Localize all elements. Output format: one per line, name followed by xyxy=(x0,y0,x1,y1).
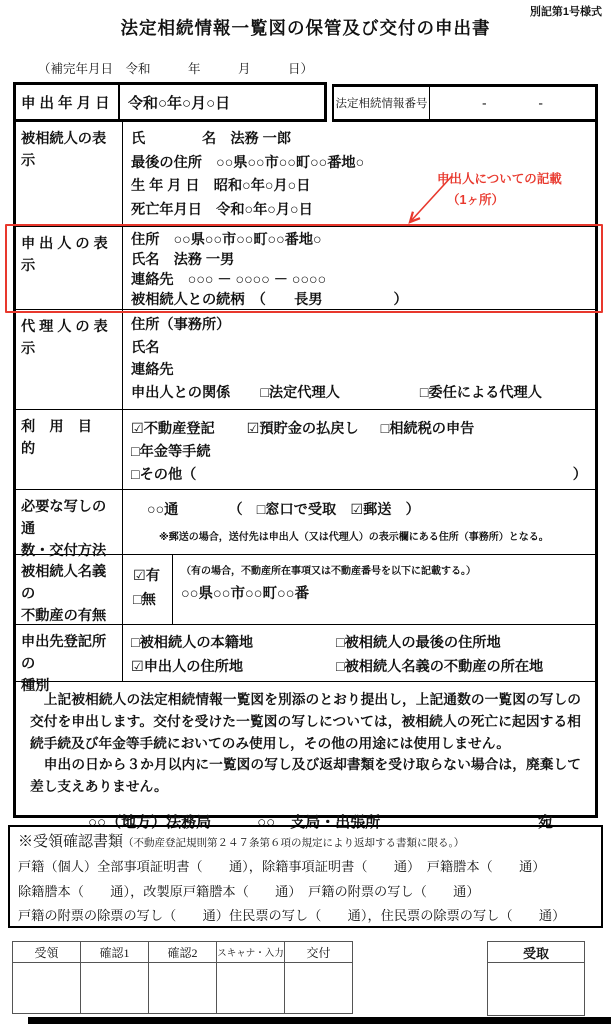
receipt-documents-line3: 戸籍の附票の除票の写し（ 通）住民票の写し（ 通），住民票の除票の写し（ 通） xyxy=(18,904,593,929)
number-dash-right: - xyxy=(539,95,543,111)
other-checkbox: □その他（ xyxy=(131,464,196,487)
stamp-header-receipt: 受領 xyxy=(13,942,81,963)
realestate-existence-checkboxes: ☑有 □無 xyxy=(123,555,173,624)
registry-office-option-grid: □被相続人の本籍地 □被相続人の最後の住所地 ☑申出人の住所地 □被相続人名義の… xyxy=(131,631,595,679)
agent-name-line: 氏名 xyxy=(131,337,595,360)
realestate-location: （有の場合，不動産所在事項又は不動産番号を以下に記載する。） ○○県○○市○○町… xyxy=(173,555,595,624)
declaration-paragraph-2: 申出の日から３か月以内に一覧図の写し及び返却書類を受け取らない場合は，廃棄して差… xyxy=(30,754,581,798)
copies-label: 必要な写しの通 数・交付方法 xyxy=(16,490,123,554)
stamp-cell xyxy=(13,963,81,1014)
decedent-death-line: 死亡年月日 令和○年○月○日 xyxy=(131,199,595,223)
stamp-header-scanner-input: スキャナ・入力 xyxy=(217,942,285,963)
applicant-relation-line: 被相続人との続柄 （ 長男 ） xyxy=(131,290,595,310)
applicant-row: 申 出 人 の 表 示 住所 ○○県○○市○○町○○番地○ 氏名 法務 一男 連… xyxy=(16,227,595,310)
copies-count-line: ○○通 （ □窓口で受取 ☑郵送 ） xyxy=(131,490,595,519)
office-stamp-table: 受領 確認1 確認2 スキャナ・入力 交付 xyxy=(12,941,353,1014)
applicant-details: 住所 ○○県○○市○○町○○番地○ 氏名 法務 一男 連絡先 ○○○ － ○○○… xyxy=(123,227,595,309)
agent-label: 代 理 人 の 表 示 xyxy=(16,310,123,409)
realestate-note: （有の場合，不動産所在事項又は不動産番号を以下に記載する。） xyxy=(181,555,595,577)
applicant-label: 申 出 人 の 表 示 xyxy=(16,227,123,309)
stamp-body-row xyxy=(13,963,353,1014)
receive-stamp-box: 受取 xyxy=(487,941,585,1016)
stamp-header-check1: 確認1 xyxy=(81,942,149,963)
applicant-address-checkbox: ☑申出人の住所地 xyxy=(131,655,336,679)
declaration-paragraph-1: 上記被相続人の法定相続情報一覧図を別添のとおり提出し，上記通数の一覧図の写しの交… xyxy=(30,689,581,754)
agent-address-line: 住所（事務所） xyxy=(131,314,595,337)
purpose-label: 利 用 目 的 xyxy=(16,410,123,489)
realestate-label-line1: 被相続人名義の xyxy=(21,561,120,605)
copies-details: ○○通 （ □窓口で受取 ☑郵送 ） ※郵送の場合，送付先は申出人（又は代理人）… xyxy=(123,490,595,554)
legal-agent-checkbox: □法定代理人 xyxy=(260,382,340,405)
realestate-yes-checkbox: ☑有 xyxy=(133,564,172,588)
legal-info-number-label: 法定相続情報番号 xyxy=(334,87,430,119)
receive-stamp-header: 受取 xyxy=(488,942,584,963)
scan-edge-artifact xyxy=(28,1017,611,1024)
receipt-documents-line1: 戸籍（個人）全部事項証明書（ 通），除籍事項証明書（ 通） 戸籍謄本（ 通） xyxy=(18,855,593,880)
stamp-cell xyxy=(149,963,217,1014)
receive-stamp-cell xyxy=(488,963,584,1015)
stamp-header-delivery: 交付 xyxy=(285,942,353,963)
copies-mail-note: ※郵送の場合，送付先は申出人（又は代理人）の表示欄にある住所（事務所）となる。 xyxy=(159,528,595,543)
agent-contact-line: 連絡先 xyxy=(131,359,595,382)
purpose-row: 利 用 目 的 ☑不動産登記 ☑預貯金の払戻し □相続税の申告 □年金等手続 □… xyxy=(16,410,595,490)
supplement-date-line: （補完年月日 令和 年 月 日） xyxy=(38,59,313,77)
application-date-value: 令和○年○月○日 xyxy=(120,85,324,119)
pension-procedure-checkbox: □年金等手続 xyxy=(131,441,595,464)
receipt-documents-title: ※受領確認書類 xyxy=(18,834,123,850)
registry-office-label-line1: 申出先登記所の xyxy=(21,631,120,675)
purpose-line1: ☑不動産登記 ☑預貯金の払戻し □相続税の申告 xyxy=(131,418,595,441)
legal-info-number-box: 法定相続情報番号 - - xyxy=(332,84,598,122)
decedent-name-line: 氏 名 法務 一郎 xyxy=(131,128,595,152)
stamp-header-check2: 確認2 xyxy=(149,942,217,963)
registry-office-options: □被相続人の本籍地 □被相続人の最後の住所地 ☑申出人の住所地 □被相続人名義の… xyxy=(123,625,595,681)
realestate-label-line2: 不動産の有無 xyxy=(21,605,120,627)
realestate-row: 被相続人名義の 不動産の有無 ☑有 □無 （有の場合，不動産所在事項又は不動産番… xyxy=(16,555,595,625)
copies-count-value: ○○通 xyxy=(147,499,178,519)
agent-relation-line: 申出人との関係 □法定代理人 □委任による代理人 xyxy=(131,382,595,405)
purpose-details: ☑不動産登記 ☑預貯金の払戻し □相続税の申告 □年金等手続 □その他（ ） xyxy=(123,410,595,489)
application-date-label: 申 出 年 月 日 xyxy=(16,85,120,119)
copies-row: 必要な写しの通 数・交付方法 ○○通 （ □窓口で受取 ☑郵送 ） ※郵送の場合… xyxy=(16,490,595,555)
decedent-domicile-checkbox: □被相続人の本籍地 xyxy=(131,631,336,655)
application-form-page: 別記第1号様式 法定相続情報一覧図の保管及び交付の申出書 （補完年月日 令和 年… xyxy=(0,0,611,1024)
realestate-details: ☑有 □無 （有の場合，不動産所在事項又は不動産番号を以下に記載する。） ○○県… xyxy=(123,555,595,624)
agent-relation-label: 申出人との関係 xyxy=(131,382,230,405)
applicant-address-line: 住所 ○○県○○市○○町○○番地○ xyxy=(131,230,595,250)
copies-delivery-method: （ □窓口で受取 ☑郵送 ） xyxy=(228,499,420,519)
receipt-documents-box: ※受領確認書類（不動産登記規則第２４７条第６項の規定により返却する書類に限る。）… xyxy=(8,825,603,928)
registry-office-type-label: 申出先登記所の 種別 xyxy=(16,625,123,681)
agent-row: 代 理 人 の 表 示 住所（事務所） 氏名 連絡先 申出人との関係 □法定代理… xyxy=(16,310,595,410)
application-date-row: 申 出 年 月 日 令和○年○月○日 法定相続情報番号 - - xyxy=(13,82,598,122)
registry-office-type-row: 申出先登記所の 種別 □被相続人の本籍地 □被相続人の最後の住所地 ☑申出人の住… xyxy=(16,625,595,682)
realestate-registration-checkbox: ☑不動産登記 xyxy=(131,421,215,437)
realestate-label: 被相続人名義の 不動産の有無 xyxy=(16,555,123,624)
declaration-row: 上記被相続人の法定相続情報一覧図を別添のとおり提出し，上記通数の一覧図の写しの交… xyxy=(16,682,595,815)
legal-info-number-value: - - xyxy=(430,87,595,119)
receipt-documents-title-line: ※受領確認書類（不動産登記規則第２４７条第６項の規定により返却する書類に限る。） xyxy=(18,831,593,855)
other-close-paren: ） xyxy=(573,464,587,487)
decedent-last-address-checkbox: □被相続人の最後の住所地 xyxy=(336,631,595,655)
inheritance-tax-checkbox: □相続税の申告 xyxy=(381,421,475,437)
purpose-other-line: □その他（ ） xyxy=(131,464,595,487)
page-title: 法定相続情報一覧図の保管及び交付の申出書 xyxy=(0,15,611,40)
receipt-documents-line2: 除籍謄本（ 通），改製原戸籍謄本（ 通） 戸籍の附票の写し（ 通） xyxy=(18,880,593,905)
deposit-refund-checkbox: ☑預貯金の払戻し xyxy=(247,421,359,437)
stamp-cell xyxy=(285,963,353,1014)
application-form-table: 被相続人の表示 氏 名 法務 一郎 最後の住所 ○○県○○市○○町○○番地○ 生… xyxy=(13,122,598,818)
agent-details: 住所（事務所） 氏名 連絡先 申出人との関係 □法定代理人 □委任による代理人 xyxy=(123,310,595,409)
decedent-realestate-location-checkbox: □被相続人名義の不動産の所在地 xyxy=(336,655,595,679)
delegated-agent-checkbox: □委任による代理人 xyxy=(420,382,542,405)
stamp-cell xyxy=(217,963,285,1014)
receipt-documents-title-note: （不動産登記規則第２４７条第６項の規定により返却する書類に限る。） xyxy=(123,838,464,849)
stamp-cell xyxy=(81,963,149,1014)
number-dash-left: - xyxy=(482,95,486,111)
application-date-box: 申 出 年 月 日 令和○年○月○日 xyxy=(13,82,327,122)
applicant-name-line: 氏名 法務 一男 xyxy=(131,250,595,270)
copies-label-line1: 必要な写しの通 xyxy=(21,496,120,540)
realestate-no-checkbox: □無 xyxy=(133,588,172,612)
annotation-arrow-icon xyxy=(398,172,460,228)
applicant-contact-line: 連絡先 ○○○ － ○○○○ － ○○○○ xyxy=(131,270,595,290)
decedent-label: 被相続人の表示 xyxy=(16,122,123,226)
realestate-location-value: ○○県○○市○○町○○番 xyxy=(181,582,595,603)
stamp-header-row: 受領 確認1 確認2 スキャナ・入力 交付 xyxy=(13,942,353,963)
